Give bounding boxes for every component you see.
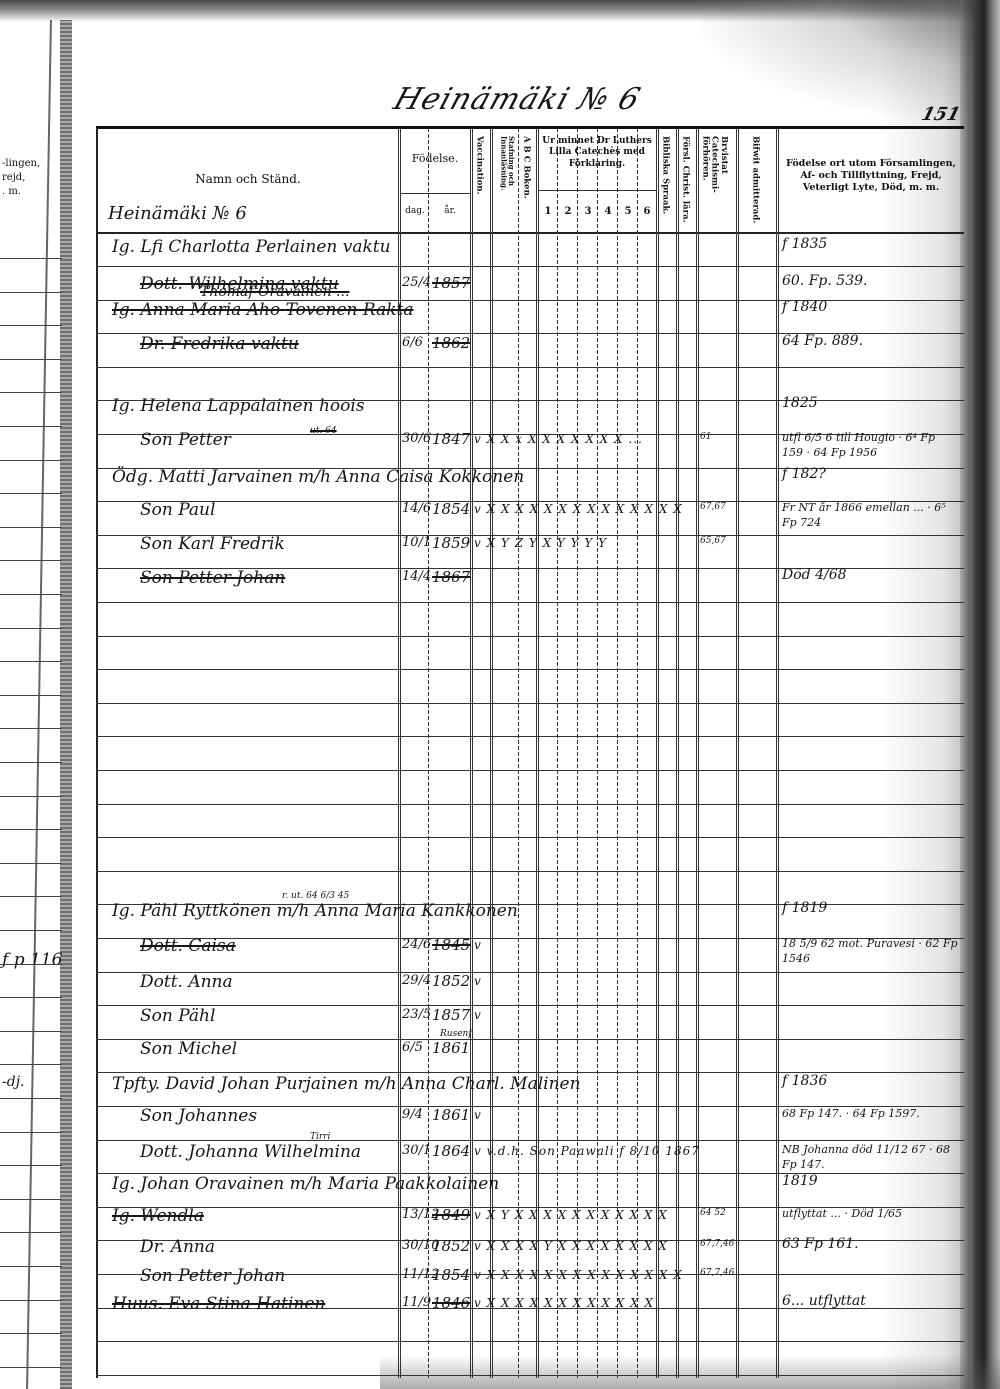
ruled-line	[96, 669, 964, 670]
header-catechism-part: 4	[598, 206, 618, 217]
left-page-ruled-line	[0, 325, 62, 326]
left-page-ruled-line	[0, 1031, 62, 1032]
entry-name: Ig. Pähl Ryttkönen m/h Anna Maria Kankko…	[112, 901, 518, 921]
col-divider	[518, 128, 519, 1378]
entry-birth-year: 1852	[432, 972, 470, 990]
left-page-ruled-line	[0, 661, 62, 662]
page-edge-right	[960, 0, 1000, 1389]
entry-remark: 1819	[782, 1174, 958, 1189]
page-number: 151	[919, 104, 962, 125]
left-page-ruled-line	[0, 460, 62, 461]
entry-remark: 63 Fp 161.	[782, 1237, 958, 1252]
header-reading: Stafning och Innanläsning.	[493, 136, 515, 226]
entry-birth-year: 1846	[432, 1294, 470, 1312]
entry-birth-day: 9/4	[402, 1107, 423, 1122]
left-page-ruled-line	[0, 829, 62, 830]
col-divider	[536, 128, 539, 1378]
header-communion: Bifwit admitterad.	[750, 136, 759, 226]
left-page-ruled-line	[0, 359, 62, 360]
ruled-line	[96, 636, 964, 637]
left-page-ruled-line	[0, 560, 62, 561]
entry-catechism-absence: 65,67	[700, 536, 726, 546]
col-divider	[577, 128, 578, 1378]
left-page-ruled-line	[0, 1132, 62, 1133]
entry-birth-day: 25/4	[402, 275, 431, 290]
header-catechism-part: 5	[618, 206, 638, 217]
header-remarks: Födelse ort utom Församlingen, Af- och T…	[782, 158, 960, 194]
entry-birth-day: 29/4	[402, 973, 431, 988]
col-divider	[617, 128, 618, 1378]
entry-name: Tpfty. David Johan Purjainen m/h Anna Ch…	[112, 1074, 581, 1094]
header-name: Namn och Ständ.	[100, 172, 396, 187]
entry-birth-year: 1857	[432, 1006, 470, 1024]
left-page-ruled-line	[0, 258, 62, 259]
left-page-ruled-line	[0, 594, 62, 595]
entry-name: Ödg. Matti Jarvainen m/h Anna Caisa Kokk…	[112, 467, 524, 487]
left-page-ruled-line	[0, 1333, 62, 1334]
entry-name: Ig. Anna Maria Aho Tovenen Rakta	[112, 300, 414, 320]
entry-exam-marks: v	[474, 1108, 482, 1122]
header-christian-doctrine: Försl. Christ. lära.	[680, 136, 689, 226]
header-catechism-part: 6	[638, 206, 656, 217]
left-page-note: -dj.	[2, 1074, 24, 1090]
left-page-ruled-line	[0, 1367, 62, 1368]
entry-remark: utfl 6/5 6 till Hougio · 6⁴ Fp 159 · 64 …	[782, 430, 958, 460]
col-divider	[676, 128, 679, 1378]
entry-name: Ig. Johan Oravainen m/h Maria Paakkolain…	[112, 1174, 499, 1194]
left-page-ruled-line	[0, 896, 62, 897]
col-divider	[696, 128, 699, 1378]
entry-remark: 64 Fp. 889.	[782, 334, 958, 349]
left-header-line: rejd,	[2, 171, 40, 185]
left-page-ruled-line	[0, 762, 62, 763]
ruled-line	[96, 602, 964, 603]
left-page-ruled-line	[0, 392, 62, 393]
entry-catechism-absence: 67,7,46	[700, 1239, 734, 1249]
header-catechism-part: 2	[558, 206, 578, 217]
entry-remark: f 1840	[782, 300, 958, 315]
left-page-ruled-line	[0, 628, 62, 629]
entry-remark: 18 5/9 62 mot. Puravesi · 62 Fp 1546	[782, 936, 958, 966]
entry-birth-day: 6/5	[402, 1040, 423, 1055]
ruled-line	[96, 770, 964, 771]
entry-birth-year: 1854	[432, 500, 470, 518]
entry-exam-marks: v X X X X Y X X X X X X X X	[474, 1239, 668, 1253]
entry-remark: 6... utflyttat	[782, 1294, 958, 1309]
entry-exam-marks: v X X X X X X X X X X X X X X	[474, 1268, 683, 1282]
entry-remark: 60. Fp. 539.	[782, 274, 958, 289]
entry-name: Ig. Wendla	[112, 1206, 204, 1226]
header-vaccination: Vaccination.	[474, 136, 483, 226]
left-page-ruled-line	[0, 1098, 62, 1099]
left-page-ruled-line	[0, 292, 62, 293]
left-page-ruled-line	[0, 728, 62, 729]
entry-name: Son Petter	[140, 430, 231, 450]
entry-exam-marks: v	[474, 1008, 482, 1022]
entry-birth-day: 30/6	[402, 431, 431, 446]
entry-birth-year: 1867	[432, 568, 470, 586]
entry-birth-day: 14/4	[402, 569, 431, 584]
subheading-village: Heinämäki № 6	[108, 203, 247, 224]
entry-catechism-absence: 67,7,46	[700, 1268, 734, 1278]
ruled-line	[96, 736, 964, 737]
header-catechism: Ur minnet Dr Luthers Lilla Catechès med …	[538, 136, 656, 170]
entry-birth-year: 1854	[432, 1266, 470, 1284]
entry-birth-day: 14/6	[402, 501, 431, 516]
entry-remark: 68 Fp 147. · 64 Fp 1597.	[782, 1106, 958, 1121]
left-page-ruled-line	[0, 493, 62, 494]
entry-remark: 1825	[782, 396, 958, 411]
left-page-ruled-line	[0, 997, 62, 998]
header-catechism-part: 3	[578, 206, 598, 217]
left-page-ruled-line	[0, 527, 62, 528]
ruled-line	[96, 703, 964, 704]
entry-birth-year: 1857	[432, 274, 470, 292]
entry-catechism-absence: 61	[700, 432, 711, 442]
entry-birth-year: 1847	[432, 430, 470, 448]
left-page-ruled-line	[0, 1300, 62, 1301]
entry-struck-text: Thomaf Oravainen ...	[200, 284, 349, 300]
ruled-line	[96, 266, 964, 267]
entry-catechism-absence: 67,67	[700, 502, 726, 512]
book-gutter	[60, 20, 72, 1389]
entry-annotation: Rusenf	[440, 1029, 472, 1039]
entry-birth-year: 1845	[432, 936, 470, 954]
col-divider	[776, 128, 779, 1378]
entry-exam-marks: v	[474, 938, 482, 952]
entry-name: Dr. Fredrika vaktu	[140, 334, 299, 354]
entry-birth-year: 1861	[432, 1039, 470, 1057]
header-birth-year: år.	[430, 206, 470, 217]
left-header-line: . m.	[2, 185, 40, 199]
entry-birth-year: 1849	[432, 1206, 470, 1224]
entry-name: Son Pähl	[140, 1006, 215, 1026]
col-divider	[557, 128, 558, 1378]
entry-name: Son Karl Fredrik	[140, 534, 285, 554]
col-divider	[656, 128, 659, 1378]
left-page-ruled-line	[0, 930, 62, 931]
entry-name: Son Petter Johan	[140, 568, 285, 588]
header-birth-day: dag.	[400, 206, 430, 217]
entry-name: Huus. Eva Stina Hatinen	[112, 1294, 325, 1314]
left-page-rule	[26, 20, 52, 1389]
header-bottom-rule	[96, 232, 964, 234]
ruled-line	[96, 871, 964, 872]
entry-remark: NB Johanna död 11/12 67 · 68 Fp 147.	[782, 1142, 958, 1172]
entry-birth-day: 10/1	[402, 535, 431, 550]
entry-annotation: ut. 64	[310, 426, 337, 436]
entry-name: Son Paul	[140, 500, 215, 520]
left-page-ruled-line	[0, 796, 62, 797]
left-page-ruled-line	[0, 964, 62, 965]
entry-birth-day: 24/6	[402, 937, 431, 952]
ruled-line	[96, 804, 964, 805]
entry-annotation: r. ut. 64 6/3 45	[282, 891, 349, 901]
entry-birth-day: 6/6	[402, 335, 423, 350]
entry-remark: Död 4/68	[782, 568, 958, 583]
entry-name: Ig. Helena Lappalainen hoois	[112, 396, 365, 416]
entry-remark: utflyttat ... · Död 1/65	[782, 1206, 958, 1221]
entry-birth-day: 23/5	[402, 1007, 431, 1022]
village-title: Heinämäki № 6	[389, 82, 645, 117]
entry-name: Dott. Caisa	[140, 936, 236, 956]
col-divider	[637, 128, 638, 1378]
ruled-line	[96, 1140, 964, 1141]
entry-exam-marks: v v.d.h. Son Paawali f 8/10 1867	[474, 1144, 700, 1158]
left-header-line: -lingen,	[2, 157, 40, 171]
entry-annotation: Tirri	[310, 1132, 330, 1142]
left-page-header: -lingen, rejd, . m.	[2, 157, 40, 199]
ruled-line	[96, 1375, 964, 1376]
header-catechism-part: 1	[538, 206, 558, 217]
birth-subheader-rule	[400, 193, 470, 194]
left-page-ruled-line	[0, 695, 62, 696]
col-divider	[597, 128, 598, 1378]
header-catechism-absence: Brvistat Catechismi-förhören.	[706, 136, 728, 226]
entry-catechism-absence: 64 52	[700, 1208, 726, 1218]
col-divider	[736, 128, 739, 1378]
ruled-line	[96, 1072, 964, 1073]
entry-remark: f 182?	[782, 467, 958, 482]
entry-name: Son Johannes	[140, 1106, 257, 1126]
entry-exam-marks: v X Y Z Y X Y Y Y Y	[474, 536, 607, 550]
entry-remark: f 1835	[782, 237, 958, 252]
entry-name: Dott. Johanna Wilhelmina	[140, 1142, 361, 1162]
entry-exam-marks: v X X X X X X X X X X X X X X	[474, 502, 683, 516]
left-page-note: ƒ p 116	[2, 950, 62, 970]
entry-exam-marks: v	[474, 974, 482, 988]
left-page-ruled-line	[0, 1266, 62, 1267]
entry-birth-year: 1852	[432, 1237, 470, 1255]
entry-remark: f 1836	[782, 1074, 958, 1089]
entry-name: Son Petter Johan	[140, 1266, 285, 1286]
entry-birth-day: 11/9	[402, 1295, 431, 1310]
entry-exam-marks: v X X X X X X X X X X X X	[474, 1296, 654, 1310]
entry-remark: f 1819	[782, 901, 958, 916]
entry-name: Dott. Anna	[140, 972, 233, 992]
entry-birth-year: 1864	[432, 1142, 470, 1160]
left-page-ruled-line	[0, 1165, 62, 1166]
ruled-line	[96, 367, 964, 368]
ruled-line	[96, 1341, 964, 1342]
catechism-subheader-rule	[538, 190, 656, 191]
left-page-ruled-line	[0, 1199, 62, 1200]
left-page-ruled-line	[0, 426, 62, 427]
entry-name: Dr. Anna	[140, 1237, 215, 1257]
entry-name: Son Michel	[140, 1039, 237, 1059]
ruled-line	[96, 837, 964, 838]
left-page-ruled-line	[0, 1232, 62, 1233]
entry-birth-day: 30/1	[402, 1143, 431, 1158]
entry-remark: Fr NT år 1866 emellan ... · 6⁵ Fp 724	[782, 500, 958, 530]
left-page-ruled-line	[0, 1064, 62, 1065]
header-birth: Födelse.	[400, 152, 470, 166]
entry-birth-year: 1861	[432, 1106, 470, 1124]
entry-birth-year: 1859	[432, 534, 470, 552]
entry-birth-year: 1862	[432, 334, 470, 352]
entry-exam-marks: v X X x X X X X X X X ...	[474, 432, 643, 446]
left-page-ruled-line	[0, 863, 62, 864]
header-abc-book: A B C Boken.	[521, 136, 530, 226]
entry-exam-marks: v X Y X X X X X X X X X X X	[474, 1208, 668, 1222]
ruled-line	[96, 1005, 964, 1006]
entry-name: Ig. Lfi Charlotta Perlainen vaktu	[112, 237, 391, 257]
header-bible: Bibliska Spraak.	[660, 136, 669, 226]
